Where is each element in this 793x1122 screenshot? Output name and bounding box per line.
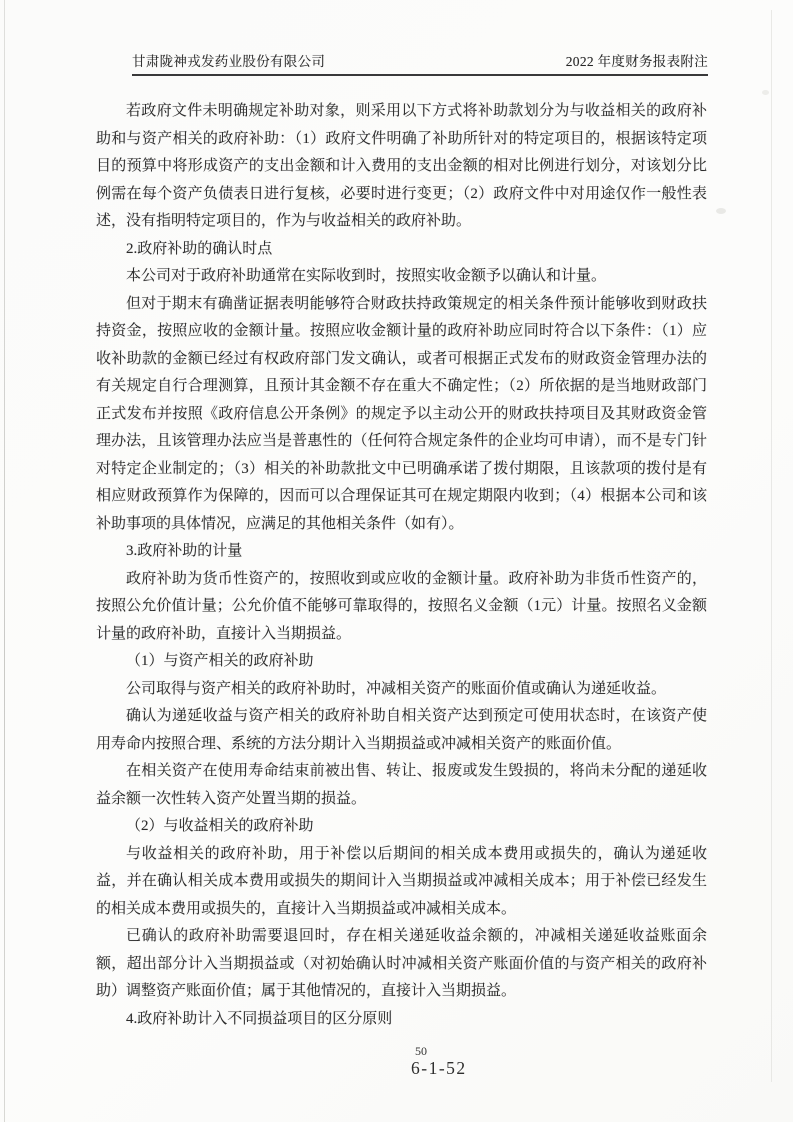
subsection-heading: （1）与资产相关的政府补助 bbox=[96, 648, 707, 676]
body-paragraph: 确认为递延收益与资产相关的政府补助自相关资产达到预定可使用状态时，在该资产使用寿… bbox=[96, 703, 707, 758]
scan-smudge bbox=[716, 208, 726, 214]
header-divider bbox=[132, 74, 708, 76]
section-heading: 4.政府补助计入不同损益项目的区分原则 bbox=[96, 1006, 707, 1034]
document-body: 若政府文件未明确规定补助对象，则采用以下方式将补助款划分为与收益相关的政府补助和… bbox=[96, 98, 707, 1033]
section-heading: 2.政府补助的确认时点 bbox=[96, 236, 707, 264]
body-paragraph: 但对于期末有确凿证据表明能够符合财政扶持政策规定的相关条件预计能够收到财政扶持资… bbox=[96, 291, 707, 539]
body-paragraph: 本公司对于政府补助通常在实际收到时，按照实收金额予以确认和计量。 bbox=[96, 263, 707, 291]
body-paragraph: 公司取得与资产相关的政府补助时，冲减相关资产的账面价值或确认为递延收益。 bbox=[96, 676, 707, 704]
body-paragraph: 政府补助为货币性资产的，按照收到或应收的金额计量。政府补助为非货币性资产的，按照… bbox=[96, 566, 707, 649]
subsection-heading: （2）与收益相关的政府补助 bbox=[96, 813, 707, 841]
scan-edge-artifact bbox=[4, 0, 5, 1122]
document-page: 甘肃陇神戎发药业股份有限公司 2022 年度财务报表附注 若政府文件未明确规定补… bbox=[0, 0, 793, 1122]
body-paragraph: 若政府文件未明确规定补助对象，则采用以下方式将补助款划分为与收益相关的政府补助和… bbox=[96, 98, 707, 236]
scan-edge-artifact bbox=[771, 10, 772, 1082]
body-paragraph: 与收益相关的政府补助，用于补偿以后期间的相关成本费用或损失的，确认为递延收益，并… bbox=[96, 841, 707, 924]
report-title: 2022 年度财务报表附注 bbox=[566, 50, 708, 70]
page-header: 甘肃陇神戎发药业股份有限公司 2022 年度财务报表附注 bbox=[132, 50, 708, 70]
page-number: 50 bbox=[415, 1044, 427, 1059]
scan-smudge bbox=[762, 90, 769, 95]
body-paragraph: 在相关资产在使用寿命结束前被出售、转让、报废或发生毁损的，将尚未分配的递延收益余… bbox=[96, 758, 707, 813]
section-heading: 3.政府补助的计量 bbox=[96, 538, 707, 566]
body-paragraph: 已确认的政府补助需要退回时，存在相关递延收益余额的，冲减相关递延收益账面余额，超… bbox=[96, 923, 707, 1006]
company-name: 甘肃陇神戎发药业股份有限公司 bbox=[132, 50, 325, 70]
doc-page-number: 6-1-52 bbox=[411, 1058, 467, 1079]
